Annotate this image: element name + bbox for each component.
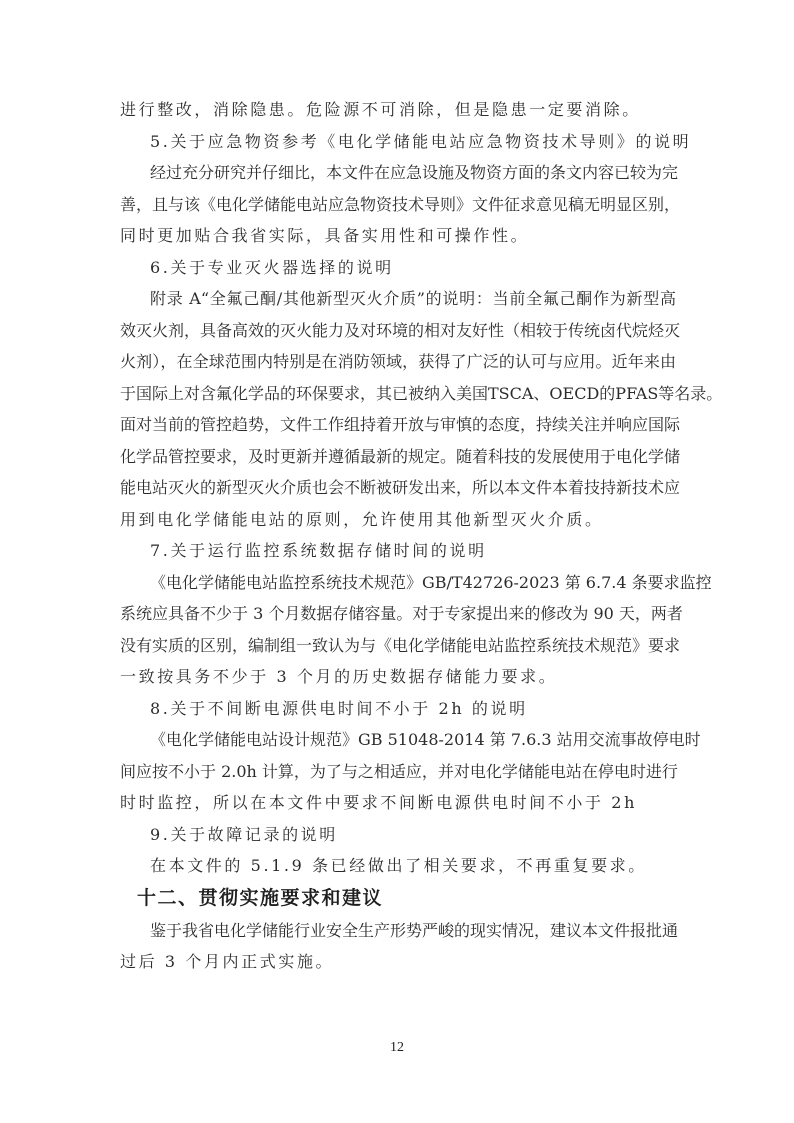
body-paragraphs: 进行整改，消除隐患。危险源不可消除，但是隐患一定要消除。 5.关于应急物资参考《… <box>120 94 676 882</box>
page-number: 12 <box>0 1040 794 1056</box>
text-line: 面对当前的管控趋势，文件工作组持着开放与审慎的态度，持续关注并响应国际 <box>120 409 676 441</box>
subheading-item-7: 7.关于运行监控系统数据存储时间的说明 <box>120 535 676 567</box>
text-line: 鉴于我省电化学储能行业安全生产形势严峻的现实情况，建议本文件报批通 <box>120 915 676 947</box>
text-line: 在本文件的 5.1.9 条已经做出了相关要求，不再重复要求。 <box>120 850 676 882</box>
text-line: 《电化学储能电站设计规范》GB 51048-2014 第 7.6.3 站用交流事… <box>120 724 676 756</box>
text-line: 化学品管控要求，及时更新并遵循最新的规定。随着科技的发展使用于电化学储 <box>120 441 676 473</box>
text-line: 于国际上对含氟化学品的环保要求，其已被纳入美国TSCA、OECD的PFAS等名录… <box>120 378 676 410</box>
text-line: 经过充分研究并仔细比，本文件在应急设施及物资方面的条文内容已较为完 <box>120 157 676 189</box>
subheading-item-8: 8.关于不间断电源供电时间不小于 2h 的说明 <box>120 693 676 725</box>
document-page: 进行整改，消除隐患。危险源不可消除，但是隐患一定要消除。 5.关于应急物资参考《… <box>120 94 676 978</box>
text-line: 系统应具备不少于 3 个月数据存储容量。对于专家提出来的修改为 90 天，两者 <box>120 598 676 630</box>
section-body: 鉴于我省电化学储能行业安全生产形势严峻的现实情况，建议本文件报批通 过后 3 个… <box>120 915 676 978</box>
subheading-item-9: 9.关于故障记录的说明 <box>120 819 676 851</box>
text-line: 善，且与该《电化学储能电站应急物资技术导则》文件征求意见稿无明显区别， <box>120 189 676 221</box>
text-line: 用到电化学储能电站的原则，允许使用其他新型灭火介质。 <box>120 504 676 536</box>
text-line: 进行整改，消除隐患。危险源不可消除，但是隐患一定要消除。 <box>120 94 676 126</box>
section-heading: 十二、贯彻实施要求和建议 <box>120 882 676 915</box>
text-line: 间应按不小于 2.0h 计算，为了与之相适应，并对电化学储能电站在停电时进行 <box>120 756 676 788</box>
text-line: 附录 A“全氟己酮/其他新型灭火介质”的说明：当前全氟己酮作为新型高 <box>120 283 676 315</box>
text-line: 效灭火剂，具备高效的灭火能力及对环境的相对友好性（相较于传统卤代烷烃灭 <box>120 315 676 347</box>
subheading-item-6: 6.关于专业灭火器选择的说明 <box>120 252 676 284</box>
text-line: 同时更加贴合我省实际，具备实用性和可操作性。 <box>120 220 676 252</box>
text-line: 时时监控，所以在本文件中要求不间断电源供电时间不小于 2h <box>120 787 676 819</box>
text-line: 过后 3 个月内正式实施。 <box>120 946 676 978</box>
text-line: 能电站灭火的新型灭火介质也会不断被研发出来，所以本文件本着技持新技术应 <box>120 472 676 504</box>
text-line: 一致按具务不少于 3 个月的历史数据存储能力要求。 <box>120 661 676 693</box>
text-line: 火剂），在全球范围内特别是在消防领域，获得了广泛的认可与应用。近年来由 <box>120 346 676 378</box>
text-line: 《电化学储能电站监控系统技术规范》GB/T42726-2023 第 6.7.4 … <box>120 567 676 599</box>
text-line: 没有实质的区别，编制组一致认为与《电化学储能电站监控系统技术规范》要求 <box>120 630 676 662</box>
subheading-item-5: 5.关于应急物资参考《电化学储能电站应急物资技术导则》的说明 <box>120 126 676 158</box>
